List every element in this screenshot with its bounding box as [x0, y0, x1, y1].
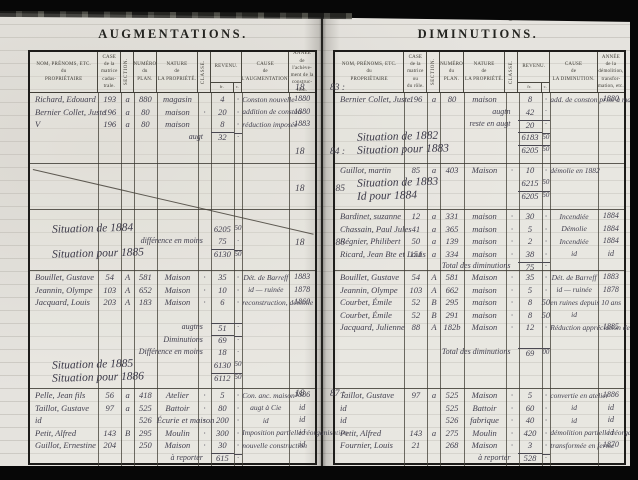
column-header-text: NUMÉRO du PLAN. [134, 61, 156, 83]
cell-c: · [542, 273, 551, 282]
cell-an: 1885 [598, 323, 624, 331]
table-body: Richard, Edouard193a880magasin4·Conston … [30, 93, 315, 466]
cell-an: 1884 [598, 212, 624, 220]
cell-nu: 295 [440, 298, 463, 307]
cell-fr: 6 [211, 298, 234, 307]
cell-an: 1878 [289, 286, 315, 294]
cell-c: · [234, 108, 243, 117]
cell-na: Maison [157, 273, 198, 282]
cell-fr: 35 [211, 273, 234, 282]
summary-value-c: 50 [542, 145, 551, 153]
cell-cause: id [550, 311, 598, 319]
summary-label: Différence en moins [134, 348, 211, 356]
cell-ca: 204 [98, 441, 121, 450]
table-row: Jacquard, Julienne88A182bMaison·12·Réduc… [335, 321, 624, 334]
table-row: Courbet, Émile52B291maison·850id [335, 309, 624, 322]
gutter-year-right: 85 [336, 184, 346, 194]
summary-value-c: 50 [234, 225, 243, 232]
table-section: Bouillet, Gustave54A581Maison·35·Dét. de… [335, 271, 624, 389]
cell-cause: réduction imposée [242, 121, 289, 129]
column-header-text: NOM, PRÉNOMS, ETC. du PROPRIÉTAIRE [36, 61, 91, 83]
cell-ca: 85 [404, 166, 427, 175]
gutter-year-right: 83 : [330, 83, 345, 93]
cell-cause: addition de conston [242, 108, 289, 116]
gutter-year-right: 86 [336, 238, 346, 248]
cell-n: Jacquard, Louis [30, 298, 98, 307]
blank-row [30, 309, 315, 322]
table-header: NOM, PRÉNOMS, ETC. du PROPRIÉTAIRECASE d… [30, 52, 315, 93]
cell-na: Atelier [157, 391, 198, 400]
column-header-s: SECTION. [427, 52, 440, 92]
ledger-paper: AUGMENTATIONS. DIMINUTIONS. NOM, PRÉNOMS… [0, 12, 632, 466]
cell-fr: 12 [518, 323, 541, 332]
cell-cl: · [198, 286, 211, 295]
cell-cl: · [198, 441, 211, 450]
table-row: Jeannin, Olympe103A652Maison·10·id — rui… [30, 284, 315, 297]
cell-ca: 12 [404, 212, 427, 221]
summary-row: Situation pour 1885613050 [30, 248, 315, 261]
cell-nu: 418 [134, 391, 157, 400]
table-row: Bernier Collet, Juste196a80maison8·add. … [335, 93, 624, 106]
scan-border-bottom [0, 466, 638, 480]
cell-c: 50 [542, 311, 551, 320]
cell-fr: 5 [518, 225, 541, 234]
column-header-text: SECTION. [123, 58, 130, 85]
cell-cl: · [505, 323, 518, 332]
cell-s: B [121, 429, 134, 438]
cell-c: · [234, 273, 243, 282]
summary-value-c: · [234, 349, 243, 356]
gutter-year: 1885 [295, 184, 345, 194]
summary-value-c: 50 [234, 250, 243, 258]
cell-n: Courbet, Émile [335, 298, 404, 307]
cell-n: Ricard, Jean Bte et Louis [335, 250, 404, 259]
summary-row: Id pour 1884620550 [335, 189, 624, 202]
cell-n: Jeannin, Olympe [30, 286, 98, 295]
cell-fr: 8 [211, 120, 234, 129]
cell-cl: · [198, 273, 211, 282]
cell-cause: Incendiée [550, 238, 598, 246]
cell-cl: · [505, 404, 518, 413]
cell-cl: · [505, 237, 518, 246]
summary-value-fr: 6215 [518, 179, 541, 188]
cell-fr: 4 [211, 95, 234, 104]
summary-row: Diminutions69· [30, 334, 315, 347]
column-header-text: NUMÉRO du PLAN. [440, 61, 463, 83]
cell-fr: 200 [211, 416, 234, 425]
cell-s: a [121, 391, 134, 400]
summary-row: augtn42· [335, 106, 624, 119]
cell-c: 50 [542, 298, 551, 307]
cell-ca: 103 [404, 286, 427, 295]
cell-ca: 21 [404, 441, 427, 450]
cell-cause: id [242, 417, 289, 425]
summary-value-fr: 51 [211, 323, 234, 333]
column-header-text: CASE de la matrice cadas- trale. [101, 54, 117, 90]
cell-n: id [30, 416, 98, 425]
cell-nu: 275 [440, 429, 463, 438]
cell-s: a [121, 404, 134, 413]
cell-ca: 151 [404, 250, 427, 259]
cell-cause: Réduction appréciation de la valeur [550, 324, 598, 332]
cell-nu: 662 [440, 286, 463, 295]
cell-n: Taillot, Gustave [335, 391, 404, 400]
cell-s: B [427, 311, 440, 320]
cell-nu: 268 [440, 441, 463, 450]
cell-n: Guillot, martin [335, 166, 404, 175]
cell-na: Maison [157, 441, 198, 450]
cell-cl: · [505, 416, 518, 425]
summary-value-c: · [234, 454, 243, 462]
summary-label: Situation pour 1885 [30, 246, 211, 262]
cell-n: Richard, Edouard [30, 95, 98, 104]
cell-cl: · [198, 404, 211, 413]
cell-s: a [121, 95, 134, 104]
gutter-year-left: 18 [295, 83, 305, 93]
cell-cause: démolition partielle réorganisation [550, 429, 598, 437]
column-header-nu: NUMÉRO du PLAN. [440, 52, 463, 92]
cell-cause: id [550, 250, 598, 258]
cell-cl: · [505, 273, 518, 282]
table-section: Situation de 1884620550différence en moi… [30, 210, 315, 271]
cell-cause: Dét. de Barreff [550, 274, 598, 282]
column-header-cl: CLASSE. [505, 52, 518, 92]
cell-s: a [427, 225, 440, 234]
cell-ca: 103 [98, 286, 121, 295]
cell-cl: · [198, 391, 211, 400]
cell-c: · [542, 391, 551, 400]
cell-an: 1884 [598, 225, 624, 233]
table-row: Taillot, Gustave97a525Maison·5·convertie… [335, 389, 624, 402]
gutter-year: 1886 [295, 238, 345, 248]
cell-n: Petit, Alfred [30, 429, 98, 438]
cell-ca: 97 [404, 391, 427, 400]
cell-an: id [598, 416, 624, 424]
cell-ca: 52 [404, 311, 427, 320]
cell-cause: Dét. de Barreff [242, 274, 289, 282]
cell-na: Maison [157, 286, 198, 295]
cell-n: Régnier, Philibert [335, 237, 404, 246]
column-header-na: NATURE de LA PROPRIÉTÉ. [464, 52, 506, 92]
cell-c: · [542, 237, 551, 246]
cell-fr: 20 [211, 108, 234, 117]
summary-value-c: · [234, 323, 243, 331]
summary-value-fr: 18 [211, 348, 234, 357]
summary-label: augtn [440, 108, 518, 116]
column-header-ca: CASE de la matrice ou du rôle. [404, 52, 427, 92]
column-header-text: CASE de la matrice ou du rôle. [407, 54, 424, 90]
cell-fr: 35 [518, 273, 541, 282]
summary-value-c: · [542, 454, 551, 462]
summary-row: à reporter615· [30, 452, 315, 465]
column-header-c: c. [542, 83, 551, 92]
column-header-na: NATURE de LA PROPRIÉTÉ. [157, 52, 198, 92]
cell-an: 1860 [289, 298, 315, 306]
cell-nu: 525 [440, 404, 463, 413]
cell-nu: 525 [440, 391, 463, 400]
cell-cause: id [550, 417, 598, 425]
column-header-n: NOM, PRÉNOMS, ETC. du PROPRIÉTAIRE [335, 52, 404, 92]
cell-fr: 300 [211, 429, 234, 438]
column-header-fr: fr. [518, 83, 541, 92]
cell-s: a [427, 391, 440, 400]
summary-row: Total des diminutions6900 [335, 346, 624, 359]
cell-na: maison [464, 237, 506, 246]
table-row: Petit, Alfred143B295Moulin·300·Impositio… [30, 427, 315, 440]
cell-nu: 652 [134, 286, 157, 295]
summary-row: Situation de 1882618350 [335, 131, 624, 144]
summary-value-c: · [234, 336, 243, 344]
column-header-cl: CLASSE. [198, 52, 211, 92]
cell-cause: id — ruinée [550, 286, 598, 294]
cell-fr: 30 [211, 441, 234, 450]
column-header-text: NATURE de LA PROPRIÉTÉ. [465, 61, 503, 83]
summary-value-fr: 6183 [518, 132, 541, 142]
gutter-year-left: 18 [295, 184, 305, 194]
cell-n: Chassain, Paul Jules [335, 225, 404, 234]
cell-nu: 331 [440, 212, 463, 221]
cell-cause: transformée en ferme [550, 442, 598, 450]
cell-an: 1880 [598, 95, 624, 103]
column-header-text: NOM, PRÉNOMS, ETC. du PROPRIÉTAIRE [342, 61, 397, 83]
cell-an: 1883 [289, 120, 315, 128]
cell-na: Maison [157, 298, 198, 307]
cell-fr: 8 [518, 95, 541, 104]
cell-na: Moulin [464, 429, 506, 438]
summary-value-fr: 6130 [211, 249, 234, 259]
cell-cause: nouvelle construction [242, 442, 289, 450]
cell-s: A [427, 273, 440, 282]
cell-cl: · [198, 108, 211, 117]
summary-label: Diminutions [134, 336, 211, 344]
cell-cause: Imposition partielle réorganisation [242, 429, 289, 437]
summary-row: Situation de 1883621550 [335, 177, 624, 190]
cell-an: 1878 [598, 286, 624, 294]
cell-na: magasin [157, 95, 198, 104]
cell-an: 1880 [289, 108, 315, 116]
cell-n: Bouillet, Gustave [335, 273, 404, 282]
column-header-text: NATURE de LA PROPRIÉTÉ. [158, 61, 196, 83]
summary-row: Situation de 1885613050 [30, 359, 315, 372]
cell-c: · [234, 429, 243, 438]
cell-ca: 50 [404, 237, 427, 246]
summary-value-c: 00 [542, 348, 551, 356]
cell-nu: 526 [134, 416, 157, 425]
cell-na: Battoir [157, 404, 198, 413]
summary-label: à reporter [134, 454, 211, 462]
cell-n: Jeannin, Olympe [335, 286, 404, 295]
column-header-n: NOM, PRÉNOMS, ETC. du PROPRIÉTAIRE [30, 52, 98, 92]
summary-value-c: 50 [542, 191, 551, 199]
table-section [30, 164, 315, 210]
summary-value-fr: 32 [211, 132, 234, 142]
cell-na: Écurie et maison [157, 416, 198, 425]
cell-n: id [335, 404, 404, 413]
table-body: Bernier Collet, Juste196a80maison8·add. … [335, 93, 624, 466]
table-row: Bardinet, suzanne12a331maison·30·Incendi… [335, 210, 624, 223]
cell-cl: · [505, 225, 518, 234]
gutter-year-left: 18 [295, 389, 305, 399]
cell-an: 1880 [289, 95, 315, 103]
cell-cause: Conston nouvelle [242, 96, 289, 104]
column-header-revenu: REVENU. [211, 52, 242, 83]
cell-nu: 295 [134, 429, 157, 438]
table-row: id526Écurie et maison·200·idid [30, 414, 315, 427]
cell-nu: 403 [440, 166, 463, 175]
scan-border-right [630, 0, 638, 480]
cell-na: maison [464, 298, 506, 307]
table-row: id526fabrique·40·idid [335, 414, 624, 427]
cell-c: · [542, 212, 551, 221]
cell-na: maison [157, 120, 198, 129]
cell-cl: · [505, 429, 518, 438]
gutter-year: 1884 : [295, 147, 345, 157]
cell-an: id [598, 404, 624, 412]
summary-row: Situation pour 1883620550 [335, 143, 624, 156]
table-row: Richard, Edouard193a880magasin4·Conston … [30, 93, 315, 106]
cell-c: · [542, 323, 551, 332]
table-row: Ricard, Jean Bte et Louis151a334maison·3… [335, 248, 624, 261]
cell-cause: id [550, 404, 598, 412]
gutter-year-left: 18 [295, 238, 305, 248]
scanned-register-page: { "colors":{"paper":"#e5e3de","ink":"#41… [0, 0, 638, 480]
summary-value-fr: 6205 [211, 225, 234, 234]
table-row: Jeannin, Olympe103A662maison·5·id — ruin… [335, 284, 624, 297]
table-row: V196a80maison8·réduction imposée1883 [30, 118, 315, 131]
cell-c: · [542, 286, 551, 295]
summary-value-c: · [542, 262, 551, 270]
cell-na: Maison [464, 273, 506, 282]
augmentations-title: AUGMENTATIONS. [28, 27, 318, 42]
cell-s: a [427, 212, 440, 221]
cell-nu: 334 [440, 250, 463, 259]
cell-c: · [234, 416, 243, 425]
cell-cause: augt à Cie [242, 404, 289, 412]
cell-cl: · [505, 311, 518, 320]
summary-value-c: · [542, 108, 551, 115]
cell-ca: 54 [404, 273, 427, 282]
cell-nu: 80 [440, 95, 463, 104]
cell-nu: 581 [440, 273, 463, 282]
cell-an: 1870 [598, 441, 624, 449]
summary-value-fr: 6130 [211, 361, 234, 370]
cell-an: id [289, 416, 315, 424]
cell-c: · [234, 286, 243, 295]
cell-cl: · [505, 250, 518, 259]
cell-s: a [427, 237, 440, 246]
summary-row: Situation pour 1886611250 [30, 371, 315, 384]
cell-an: id [289, 441, 315, 449]
cell-n: Jacquard, Julienne [335, 323, 404, 332]
cell-cause: démolie en 1882 [550, 167, 598, 175]
cell-fr: 420 [518, 429, 541, 438]
cell-cl: · [505, 298, 518, 307]
cell-na: Maison [464, 441, 506, 450]
cell-c: · [542, 95, 551, 104]
cell-c: · [234, 391, 243, 400]
cell-nu: 139 [440, 237, 463, 246]
cell-cause: Con. anc. maison [242, 392, 289, 400]
cell-nu: 365 [440, 225, 463, 234]
cell-c: · [542, 404, 551, 413]
table-header: NOM, PRÉNOMS, ETC. du PROPRIÉTAIRECASE d… [335, 52, 624, 93]
cell-nu: 525 [134, 404, 157, 413]
cell-c: · [234, 120, 243, 129]
summary-value-fr: 6205 [518, 191, 541, 201]
cell-nu: 250 [134, 441, 157, 450]
cell-n: Bernier Collet, Juste [335, 95, 404, 104]
cell-c: · [234, 95, 243, 104]
summary-row: à reporter528· [335, 452, 624, 465]
cell-n: Bouillet, Gustave [30, 273, 98, 282]
cell-an: id [289, 429, 315, 437]
cell-fr: 8 [518, 311, 541, 320]
cell-fr: 5 [518, 391, 541, 400]
table-row: Jacquard, Louis203A183Maison·6·reconstru… [30, 296, 315, 309]
cell-c: · [542, 166, 551, 175]
table-row: Fournier, Louis21268Maison·3·transformée… [335, 439, 624, 452]
cell-s: a [427, 250, 440, 259]
cell-fr: 38 [518, 250, 541, 259]
cell-cl: · [505, 286, 518, 295]
cell-cl: · [198, 429, 211, 438]
table-section: Bernier Collet, Juste196a80maison8·add. … [335, 93, 624, 164]
column-header-fr: fr. [211, 83, 234, 92]
cell-fr: 40 [518, 416, 541, 425]
table-row: Courbet, Émile52B295maison·850en ruines … [335, 296, 624, 309]
cell-ca: 56 [98, 391, 121, 400]
table-row: Bouillet, Gustave54A581Maison·35·Dét. de… [335, 271, 624, 284]
column-header-text: SECTION. [430, 58, 437, 85]
cell-nu: 182b [440, 323, 463, 332]
cell-na: maison [157, 108, 198, 117]
table-row: Petit, Alfred143a275Moulin·420·démolitio… [335, 427, 624, 440]
cell-nu: 80 [134, 108, 157, 117]
summary-value-fr: 615 [211, 453, 234, 463]
cell-cl: · [505, 391, 518, 400]
summary-label: à reporter [440, 454, 518, 462]
summary-value-fr: 69 [211, 335, 234, 345]
cell-cause: reconstruction, démolie [242, 299, 289, 307]
table-row: Régnier, Philibert50a139maison·2·Incendi… [335, 235, 624, 248]
summary-value-fr: 6205 [518, 145, 541, 155]
summary-value-c: 50 [542, 179, 551, 186]
cell-ca: 196 [404, 95, 427, 104]
column-header-an: ANNÉE de la démolition, transfor- mation… [598, 52, 624, 92]
summary-value-fr: 6112 [211, 373, 234, 383]
cell-fr: 60 [518, 404, 541, 413]
cell-c: · [542, 429, 551, 438]
cell-fr: 30 [518, 212, 541, 221]
cell-an: 1884 [598, 237, 624, 245]
cell-na: fabrique [464, 416, 506, 425]
table-row: Taillot, Gustave97a525Battoir·80·augt à … [30, 402, 315, 415]
summary-label: augt [134, 133, 211, 141]
cell-n: V [30, 120, 98, 129]
cell-na: maison [464, 286, 506, 295]
table-row: id525Battoir·60·idid [335, 402, 624, 415]
cell-n: Fournier, Louis [335, 441, 404, 450]
cell-nu: 581 [134, 273, 157, 282]
cell-nu: 183 [134, 298, 157, 307]
cell-ca: 41 [404, 225, 427, 234]
cell-na: Moulin [157, 429, 198, 438]
cell-ca: 143 [98, 429, 121, 438]
cell-fr: 5 [211, 391, 234, 400]
cell-an: 1883 [289, 273, 315, 281]
summary-label: différence en moins [134, 237, 211, 245]
cell-n: Petit, Alfred [335, 429, 404, 438]
